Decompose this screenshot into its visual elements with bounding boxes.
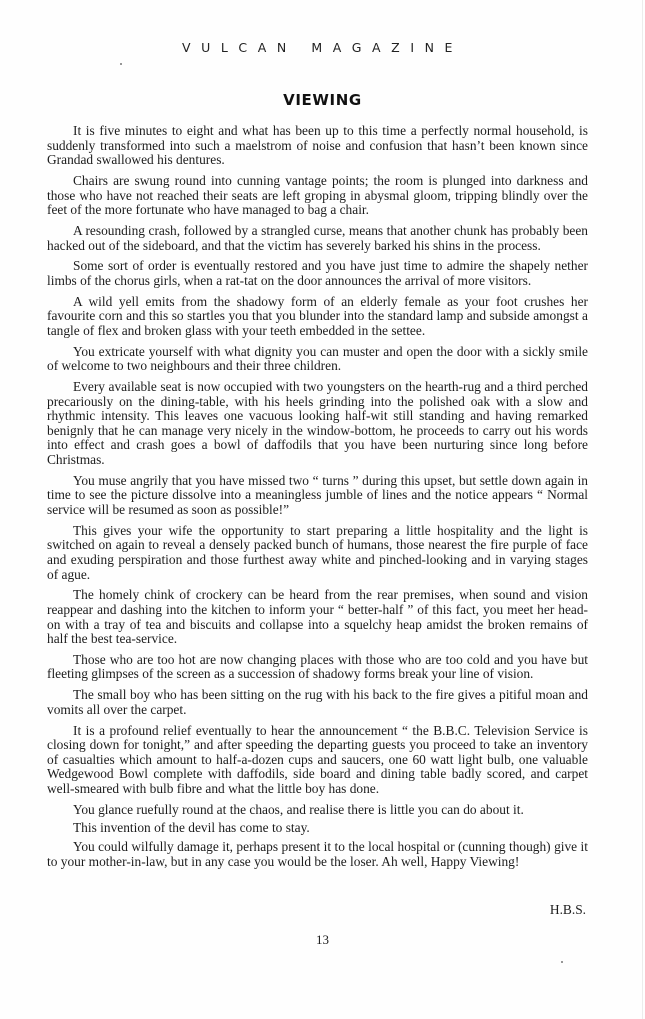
paragraph: Some sort of order is eventually restore…	[47, 259, 588, 288]
article-title: VIEWING	[0, 91, 645, 109]
paragraph: The small boy who has been sitting on th…	[47, 688, 588, 717]
paragraph: You glance ruefully round at the chaos, …	[47, 803, 588, 818]
paragraph: You could wilfully damage it, perhaps pr…	[47, 840, 588, 869]
paragraph: You muse angrily that you have missed tw…	[47, 474, 588, 518]
magazine-masthead: VULCAN MAGAZINE	[0, 40, 645, 55]
magazine-page: VULCAN MAGAZINE VIEWING It is five minut…	[0, 0, 645, 1019]
paragraph: A wild yell emits from the shadowy form …	[47, 295, 588, 339]
scan-speck	[561, 961, 563, 963]
article-body: It is five minutes to eight and what has…	[47, 124, 588, 875]
page-edge	[642, 0, 643, 1019]
paragraph: Every available seat is now occupied wit…	[47, 380, 588, 468]
page-number: 13	[0, 932, 645, 948]
paragraph: It is a profound relief eventually to he…	[47, 724, 588, 797]
paragraph: A resounding crash, followed by a strang…	[47, 224, 588, 253]
paragraph: This gives your wife the opportunity to …	[47, 524, 588, 582]
paragraph: It is five minutes to eight and what has…	[47, 124, 588, 168]
paragraph: Chairs are swung round into cunning vant…	[47, 174, 588, 218]
paragraph: This invention of the devil has come to …	[47, 821, 588, 836]
scan-speck	[120, 63, 122, 65]
paragraph: You extricate yourself with what dignity…	[47, 345, 588, 374]
paragraph: Those who are too hot are now changing p…	[47, 653, 588, 682]
author-signature: H.B.S.	[550, 902, 586, 918]
paragraph: The homely chink of crockery can be hear…	[47, 588, 588, 646]
